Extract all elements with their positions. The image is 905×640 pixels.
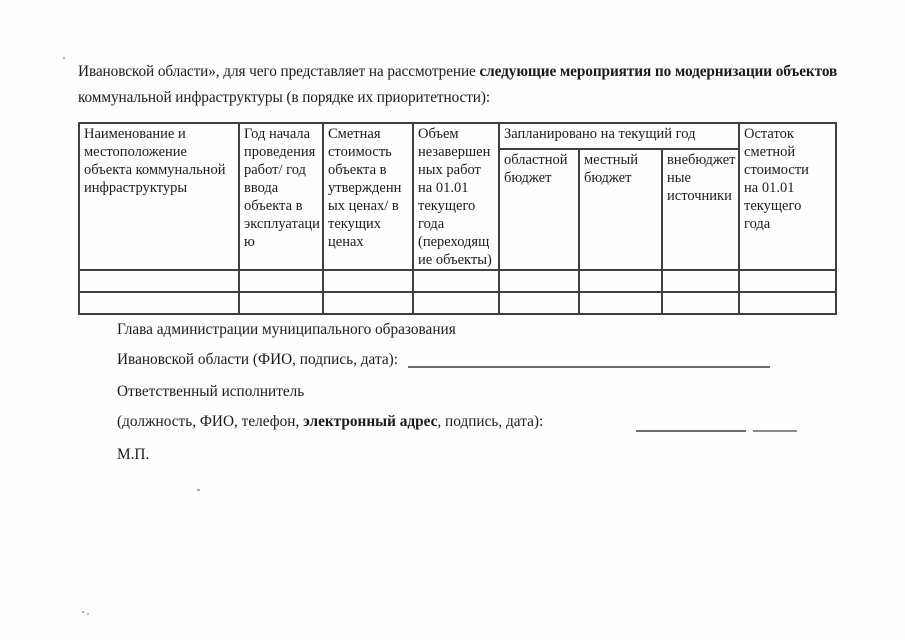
signature-executor-line2: (должность, ФИО, телефон, электронный ад… xyxy=(117,413,543,431)
header-regional-budget: областной бюджет xyxy=(499,149,579,270)
scan-noise-dot xyxy=(82,611,84,613)
table-row xyxy=(79,270,836,292)
executor-line2-tail: , подпись, дата): xyxy=(437,413,543,430)
modernization-measures-table: Наименование и местоположение объекта ко… xyxy=(78,122,837,315)
table-cell xyxy=(739,292,836,314)
table-cell xyxy=(579,270,662,292)
header-remaining-cost: Остаток сметной стоимости на 01.01 текущ… xyxy=(739,123,836,270)
table-header-row-1: Наименование и местоположение объекта ко… xyxy=(79,123,836,149)
table-cell xyxy=(79,270,239,292)
table-cell xyxy=(323,270,413,292)
header-estimated-cost: Сметная стоимость объекта в утвержденн ы… xyxy=(323,123,413,270)
intro-paragraph-line2: коммунальной инфраструктуры (в порядке и… xyxy=(78,89,490,107)
header-unfinished-volume: Объем незавершен ных работ на 01.01 теку… xyxy=(413,123,499,270)
header-name-location: Наименование и местоположение объекта ко… xyxy=(79,123,239,270)
scan-noise-dot xyxy=(197,489,200,491)
signature-blank-line xyxy=(408,366,770,368)
header-planned-group: Запланировано на текущий год xyxy=(499,123,739,149)
header-local-budget: местный бюджет xyxy=(579,149,662,270)
table-row xyxy=(79,292,836,314)
signature-head-line1: Глава администрации муниципального образ… xyxy=(117,321,456,339)
header-start-year: Год начала проведения работ/ год ввода о… xyxy=(239,123,323,270)
signature-executor-line1: Ответственный исполнитель xyxy=(117,383,304,401)
table-cell xyxy=(499,292,579,314)
intro-line1-normal: Ивановской области», для чего представля… xyxy=(78,63,479,80)
table-cell xyxy=(662,270,739,292)
table-cell xyxy=(323,292,413,314)
table-cell xyxy=(413,292,499,314)
intro-paragraph-line1: Ивановской области», для чего представля… xyxy=(78,63,837,81)
table-cell xyxy=(413,270,499,292)
table-cell xyxy=(662,292,739,314)
intro-line1-bold: следующие мероприятия по модернизации об… xyxy=(479,63,837,80)
table-cell xyxy=(739,270,836,292)
table-cell xyxy=(239,270,323,292)
stamp-placeholder: М.П. xyxy=(117,446,149,464)
table-cell xyxy=(499,270,579,292)
table-cell xyxy=(79,292,239,314)
signature-blank-line xyxy=(753,430,797,432)
scan-noise-dot xyxy=(87,613,89,615)
scan-noise-dot xyxy=(63,57,65,59)
signature-head-line2: Ивановской области (ФИО, подпись, дата): xyxy=(117,351,398,369)
signature-blank-line xyxy=(636,430,746,432)
header-extrabudget-sources: внебюджет ные источники xyxy=(662,149,739,270)
table-cell xyxy=(579,292,662,314)
executor-line2-normal: (должность, ФИО, телефон, xyxy=(117,413,303,430)
executor-line2-bold: электронный адрес xyxy=(303,413,437,430)
table-cell xyxy=(239,292,323,314)
document-page: Ивановской области», для чего представля… xyxy=(0,0,905,640)
